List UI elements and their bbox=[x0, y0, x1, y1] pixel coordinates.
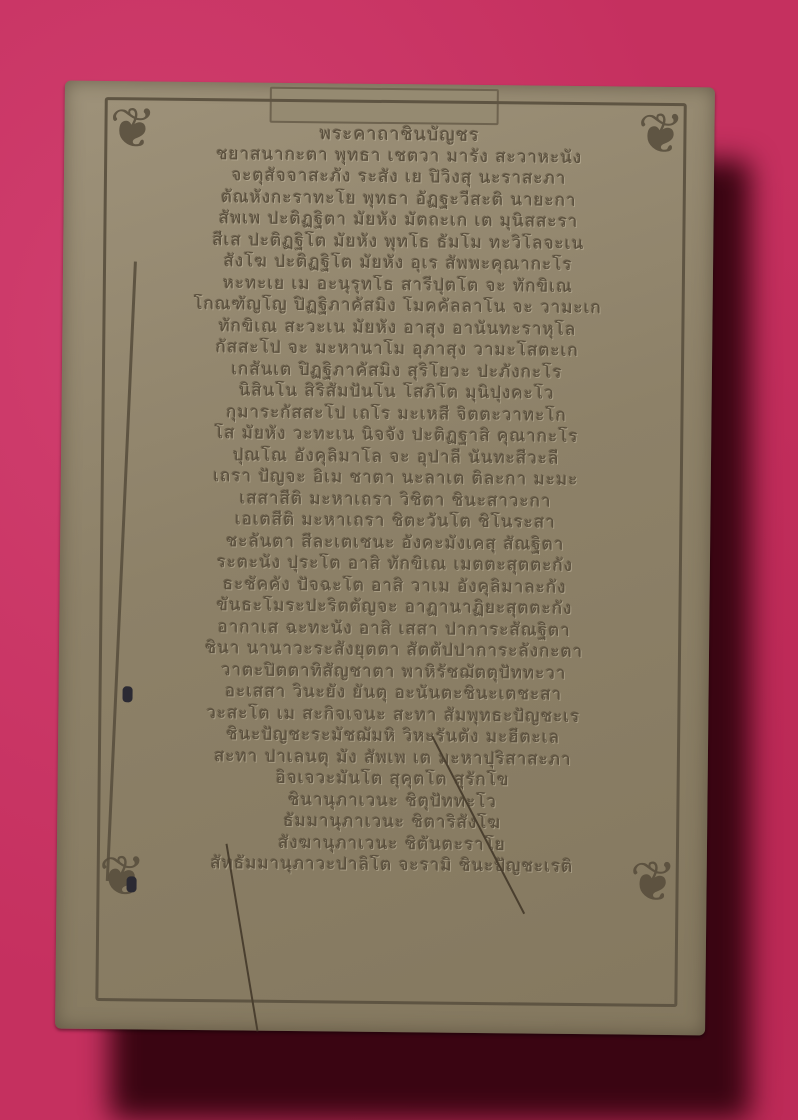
inscription-line: อิจเจวะมันโต สุคุตโต สุรักโข bbox=[276, 768, 510, 792]
inscription-line: สัทธัมมานุภาวะปาลิโต จะรามิ ชินะปัญชะเรต… bbox=[210, 853, 573, 878]
dark-spot bbox=[126, 876, 136, 892]
inscription-line: สะทา ปาเลนตุ มัง สัพเพ เต มะหาปุริสาสะภา bbox=[214, 746, 572, 771]
dark-spot bbox=[122, 686, 132, 702]
inscription-line: สังฆานุภาเวนะ ชิตันตะราโย bbox=[278, 832, 506, 856]
inscription-line: ธัมมานุภาเวนะ ชิตาริสังโฆ bbox=[283, 811, 501, 835]
inscription: พระคาถาชินบัญชร ชยาสนากะตา พุทธา เชตวา ม… bbox=[136, 121, 655, 964]
inscription-title: พระคาถาชินบัญชร bbox=[319, 123, 480, 146]
clay-tablet: ❦ ❦ ❦ ❦ พระคาถาชินบัญชร ชยาสนากะตา พุทธา… bbox=[55, 81, 715, 1036]
